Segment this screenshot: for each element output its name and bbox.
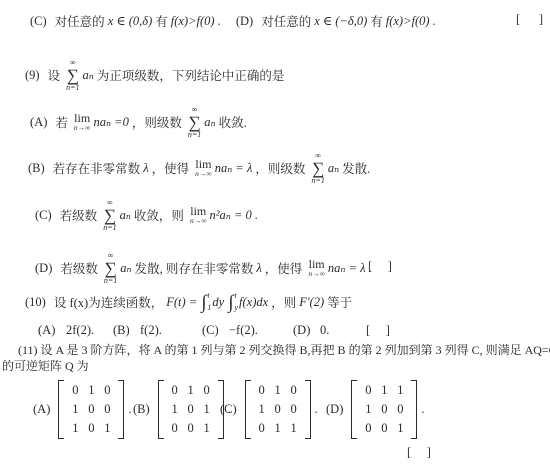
matrix-cell: 1 (365, 402, 371, 417)
matrix-option-c: 010100011 (245, 380, 311, 439)
matrix-cell: 0 (72, 383, 78, 398)
question-11-stem-line1: (11) 设 A 是 3 阶方阵，将 A 的第 1 列与第 2 列交换得 B,再… (18, 341, 550, 357)
q10-dy-term: dy (212, 295, 224, 310)
q11-option-c-period: . (315, 402, 318, 417)
matrix-cell: 1 (259, 402, 265, 417)
limit-symbol: lim n→∞ (190, 205, 207, 225)
sum-lower-limit: n=1 (311, 177, 324, 185)
sum-lower-limit: n=1 (104, 277, 117, 285)
q11-option-a-period: . (128, 402, 131, 417)
matrix-cell: 0 (291, 402, 297, 417)
q9-option-c: (C) 若级数 ∞ ∑ n=1 aₙ 收敛，则 lim n→∞ n²aₙ = 0… (35, 192, 261, 238)
q9-post-text: 为正项级数，下列结论中正确的是 (97, 66, 285, 84)
matrix-cell: 1 (88, 383, 94, 398)
matrix-cell: 0 (259, 421, 265, 436)
q9-option-d-math2: λ (256, 261, 261, 276)
q8-option-c-mid: 有 (155, 12, 168, 30)
matrix-option-a: 010100101 (58, 380, 124, 439)
summation-symbol: ∞ ∑ n=1 (188, 106, 201, 139)
q11-option-d-label: (D) (326, 402, 343, 417)
integral-lower-limit: y (234, 304, 238, 312)
q11-option-d: (D) 011100001 . (326, 378, 424, 440)
matrix-right-bracket (305, 380, 311, 439)
matrix-cell: 1 (381, 383, 387, 398)
q10-mid-text: ，则 (271, 293, 296, 311)
lim-lower: n→∞ (308, 270, 325, 278)
matrix-cell: 0 (88, 402, 94, 417)
lim-lower: n→∞ (74, 124, 91, 132)
sigma-symbol: ∑ (312, 160, 324, 177)
q10-answer-bracket: [ ] (366, 323, 390, 338)
limit-symbol: lim n→∞ (195, 158, 212, 178)
q9-option-a-math2: aₙ (204, 114, 215, 130)
summation-symbol: ∞ ∑ n=1 (311, 152, 324, 185)
matrix-cell: 0 (381, 402, 387, 417)
matrix-cell: 1 (397, 421, 403, 436)
matrix-cell: 1 (188, 383, 194, 398)
integral-symbol: ∫ t 1 (201, 292, 211, 312)
q10-derivative-expr: F′(2) (299, 295, 324, 310)
q9-option-a-text3: 收敛. (219, 113, 247, 131)
q9-number: (9) (25, 68, 40, 83)
q9-option-c-label: (C) (35, 208, 52, 223)
q11-answer-bracket: [ ] (407, 445, 431, 460)
q9-option-b-text2: ，使得 (152, 159, 190, 177)
q11-stem-text1: (11) 设 A 是 3 阶方阵，将 A 的第 1 列与第 2 列交换得 B,再… (18, 341, 550, 358)
q10-option-d-value: 0. (320, 323, 329, 338)
q9-option-b: (B) 若存在非零常数 λ ，使得 lim n→∞ naₙ = λ ，则级数 ∞… (28, 146, 373, 190)
sum-lower-limit: n=1 (188, 131, 201, 139)
q9-option-d-text2: 发散, 则存在非零常数 (135, 259, 254, 277)
matrix-cell: 0 (172, 421, 178, 436)
q9-answer-bracket: [ ] (368, 259, 392, 274)
matrix-cell: 1 (72, 421, 78, 436)
sigma-symbol: ∑ (105, 260, 117, 277)
summation-symbol: ∞ ∑ n=1 (104, 252, 117, 285)
q9-pre-text: 设 (48, 66, 61, 84)
q11-option-b: (B) 010101001 . (133, 378, 231, 440)
matrix-option-d: 011100001 (351, 380, 417, 439)
integral-glyph: ∫ (201, 293, 206, 312)
q8-option-d-label: (D) (236, 14, 253, 29)
q11-answer-bracket-line: [ ] (407, 444, 431, 460)
q10-option-c-label: (C) (202, 323, 219, 338)
q8-option-d-text: 对任意的 (261, 12, 311, 30)
summation-symbol: ∞ ∑ n=1 (66, 59, 79, 92)
matrix-cell: 0 (365, 421, 371, 436)
sigma-symbol: ∑ (104, 207, 116, 224)
sum-lower-limit: n=1 (66, 84, 79, 92)
q9-option-d-text1: 若级数 (60, 259, 98, 277)
q9-option-a-label: (A) (30, 115, 47, 130)
sigma-symbol: ∑ (67, 67, 79, 84)
q9-option-a-text2: ，则级数 (132, 113, 182, 131)
q9-option-b-math2: naₙ = λ (215, 160, 253, 176)
q9-option-c-text2: 收敛，则 (134, 206, 184, 224)
q10-option-b-label: (B) (113, 323, 130, 338)
q9-option-a-text1: 若 (55, 113, 68, 131)
q10-options-row: (A) 2f(2). (B) f(2). (C) −f(2). (D) 0. [… (0, 322, 550, 340)
q11-options-row: (A) 010100101 . (B) 010101001 . (C) 0101… (0, 378, 550, 440)
matrix-cell: 0 (275, 402, 281, 417)
matrix-cell: 1 (104, 421, 110, 436)
q10-option-b-value: f(2). (140, 323, 162, 338)
q9-option-b-text1: 若存在非零常数 (53, 159, 141, 177)
matrix-cell: 0 (204, 383, 210, 398)
question-9-stem: (9) 设 ∞ ∑ n=1 aₙ 为正项级数，下列结论中正确的是 (25, 52, 287, 98)
matrix-cell: 1 (275, 383, 281, 398)
matrix-option-b: 010101001 (158, 380, 224, 439)
q9-option-d-text3: ，使得 (265, 259, 303, 277)
q11-option-c: (C) 010100011 . (220, 378, 318, 440)
q8-option-c-text: 对任意的 (55, 12, 105, 30)
q9-option-a: (A) 若 lim n→∞ naₙ =0 ，则级数 ∞ ∑ n=1 aₙ 收敛. (30, 100, 250, 144)
matrix-right-bracket (118, 380, 124, 439)
matrix-cell: 1 (291, 421, 297, 436)
matrix-cell: 0 (104, 402, 110, 417)
matrix-cell: 0 (104, 383, 110, 398)
q8-option-d-math: x ∈ (−δ,0) (314, 13, 367, 29)
q10-post-text: 等于 (327, 293, 352, 311)
integral-upper-limit: t (207, 292, 211, 300)
q9-option-d-math1: aₙ (120, 260, 131, 276)
matrix-cell: 0 (172, 383, 178, 398)
q9-option-c-math1: aₙ (120, 207, 131, 223)
matrix-cell: 0 (188, 402, 194, 417)
q10-option-a-label: (A) (38, 323, 55, 338)
q11-option-c-label: (C) (220, 402, 237, 417)
q9-option-b-math1: λ (143, 161, 148, 176)
lim-lower: n→∞ (195, 170, 212, 178)
matrix-cell: 1 (72, 402, 78, 417)
matrix-cell: 1 (275, 421, 281, 436)
q11-option-a-label: (A) (33, 402, 50, 417)
limit-symbol: lim n→∞ (308, 258, 325, 278)
integral-symbol: ∫ t y (228, 292, 238, 312)
lim-lower: n→∞ (190, 217, 207, 225)
q9-option-b-math3: aₙ (328, 160, 339, 176)
matrix-cell: 0 (365, 383, 371, 398)
q9-option-d-label: (D) (35, 261, 52, 276)
question-10-stem: (10) 设 f(x)为连续函数， F(t) = ∫ t 1 dy ∫ t y … (25, 288, 355, 316)
q8-option-d-expr: f(x)>f(0) . (386, 14, 436, 29)
matrix-cell: 0 (88, 421, 94, 436)
matrix-cell: 1 (172, 402, 178, 417)
q8-option-d-mid: 有 (370, 12, 383, 30)
matrix-right-bracket (411, 380, 417, 439)
q11-stem-text2: 的可逆矩阵 Q 为 (2, 357, 89, 374)
series-term: aₙ (83, 67, 94, 83)
q10-integrand: f(x)dx (239, 295, 268, 310)
matrix-cell: 0 (291, 383, 297, 398)
q8-option-c-expr: f(x)>f(0) . (171, 14, 221, 29)
q9-option-b-text4: 发散. (342, 159, 370, 177)
integral-lower-limit: 1 (207, 304, 211, 312)
summation-symbol: ∞ ∑ n=1 (103, 199, 116, 232)
q11-option-d-period: . (421, 402, 424, 417)
q9-option-b-label: (B) (28, 161, 45, 176)
integral-upper-limit: t (234, 292, 238, 300)
q9-option-a-math1: naₙ =0 (93, 114, 128, 130)
q9-option-c-math2: n²aₙ = 0 . (210, 207, 259, 223)
q9-option-d: (D) 若级数 ∞ ∑ n=1 aₙ 发散, 则存在非零常数 λ ，使得 lim… (35, 246, 515, 290)
q11-option-a: (A) 010100101 . (33, 378, 131, 440)
matrix-cell: 0 (381, 421, 387, 436)
q9-option-b-text3: ，则级数 (255, 159, 305, 177)
question-11-stem-line2: 的可逆矩阵 Q 为 (2, 357, 89, 373)
q11-option-b-label: (B) (133, 402, 150, 417)
q10-option-d-label: (D) (293, 323, 310, 338)
matrix-cell: 1 (397, 383, 403, 398)
exam-page: (C) 对任意的 x ∈ (0,δ) 有 f(x)>f(0) . (D) 对任意… (0, 0, 550, 464)
matrix-cell: 0 (188, 421, 194, 436)
matrix-cell: 1 (204, 421, 210, 436)
q9-option-d-math3: naₙ = λ . (328, 260, 372, 276)
sum-lower-limit: n=1 (103, 224, 116, 232)
q8-options-cd-line: (C) 对任意的 x ∈ (0,δ) 有 f(x)>f(0) . (D) 对任意… (30, 10, 550, 32)
q10-option-c-value: −f(2). (229, 323, 258, 338)
q10-function-def: F(t) = (166, 295, 197, 310)
matrix-cell: 1 (204, 402, 210, 417)
q9-option-c-text1: 若级数 (60, 206, 98, 224)
limit-symbol: lim n→∞ (74, 112, 91, 132)
q8-option-c-label: (C) (30, 14, 47, 29)
matrix-cell: 0 (259, 383, 265, 398)
q10-pre-text: 设 f(x)为连续函数， (54, 293, 163, 311)
sigma-symbol: ∑ (189, 114, 201, 131)
q8-option-c-math: x ∈ (0,δ) (108, 13, 153, 29)
integral-glyph: ∫ (228, 293, 233, 312)
q10-option-a-value: 2f(2). (66, 323, 94, 338)
q8-answer-bracket: [ ] (516, 12, 543, 27)
q10-number: (10) (25, 295, 46, 310)
matrix-cell: 0 (397, 402, 403, 417)
